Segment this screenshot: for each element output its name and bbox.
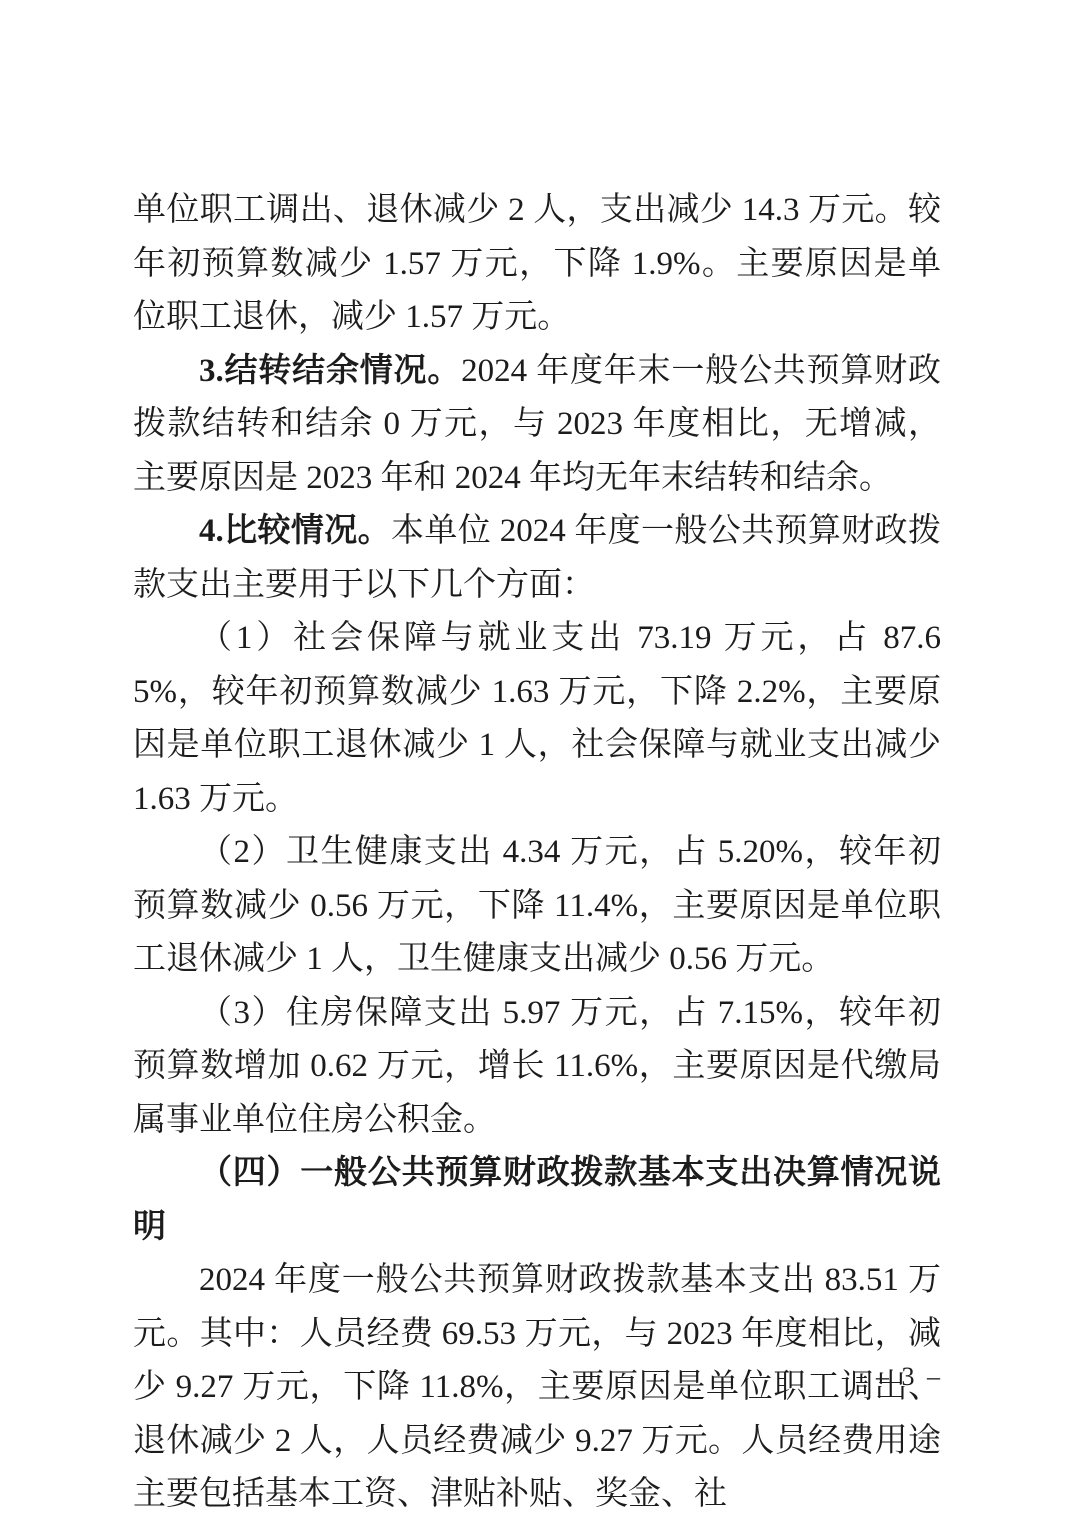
paragraph-text: 2024 年度一般公共预算财政拨款基本支出 83.51 万元。其中：人员经费 6… bbox=[133, 1262, 941, 1512]
paragraph-text: （2）卫生健康支出 4.34 万元，占 5.20%，较年初预算数减少 0.56 … bbox=[133, 834, 941, 977]
document-page: 单位职工调出、退休减少 2 人，支出减少 14.3 万元。较年初预算数减少 1.… bbox=[0, 0, 1074, 1520]
paragraph-text: （1）社会保障与就业支出 73.19 万元，占 87.65%，较年初预算数减少 … bbox=[133, 620, 941, 817]
paragraph-lead: （四）一般公共预算财政拨款基本支出决算情况说明 bbox=[133, 1155, 941, 1245]
paragraph-text: 单位职工调出、退休减少 2 人，支出减少 14.3 万元。较年初预算数减少 1.… bbox=[133, 192, 941, 335]
paragraph-item-3-housing: （3）住房保障支出 5.97 万元，占 7.15%，较年初预算数增加 0.62 … bbox=[133, 987, 941, 1148]
document-body: 单位职工调出、退休减少 2 人，支出减少 14.3 万元。较年初预算数减少 1.… bbox=[133, 184, 941, 1520]
paragraph-section-4-heading: （四）一般公共预算财政拨款基本支出决算情况说明 bbox=[133, 1147, 941, 1254]
paragraph-lead: 3.结转结余情况。 bbox=[199, 353, 461, 389]
paragraph-lead: 4.比较情况。 bbox=[199, 513, 391, 549]
paragraph-item-1-social-security: （1）社会保障与就业支出 73.19 万元，占 87.65%，较年初预算数减少 … bbox=[133, 612, 941, 826]
paragraph-comparison-heading: 4.比较情况。本单位 2024 年度一般公共预算财政拨款支出主要用于以下几个方面… bbox=[133, 505, 941, 612]
paragraph-item-2-health: （2）卫生健康支出 4.34 万元，占 5.20%，较年初预算数减少 0.56 … bbox=[133, 826, 941, 987]
paragraph-text: （3）住房保障支出 5.97 万元，占 7.15%，较年初预算数增加 0.62 … bbox=[133, 995, 941, 1138]
paragraph-basic-expenditure: 2024 年度一般公共预算财政拨款基本支出 83.51 万元。其中：人员经费 6… bbox=[133, 1254, 941, 1520]
paragraph-continuation: 单位职工调出、退休减少 2 人，支出减少 14.3 万元。较年初预算数减少 1.… bbox=[133, 184, 941, 345]
paragraph-carryover-heading: 3.结转结余情况。2024 年度年末一般公共预算财政拨款结转和结余 0 万元，与… bbox=[133, 345, 941, 506]
page-number: – 3 – bbox=[876, 1362, 943, 1392]
